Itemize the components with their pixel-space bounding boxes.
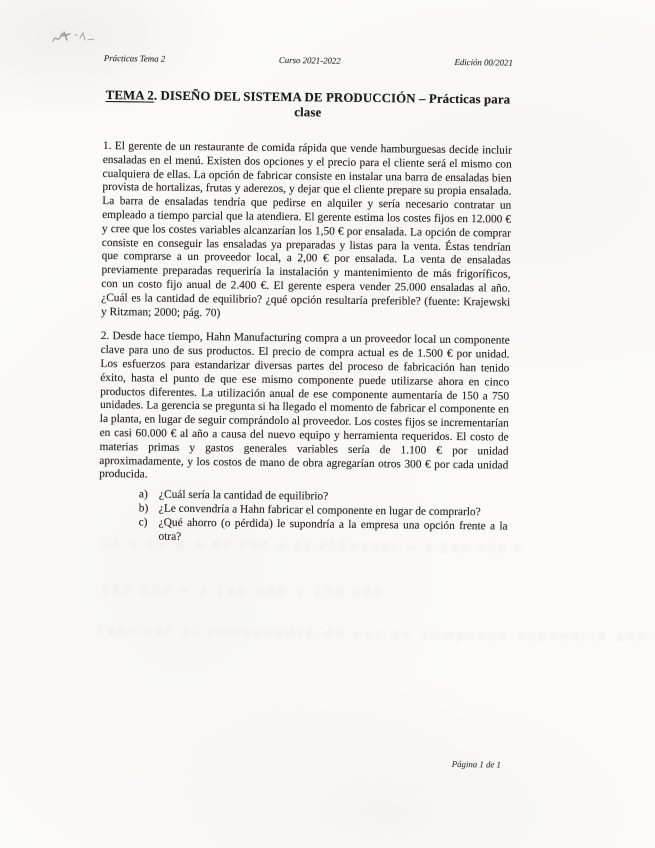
exercise-2-paragraph: 2. Desde hace tiempo, Hahn Manufacturing… — [99, 330, 510, 486]
question-text: ¿Qué ahorro (o pérdida) le supondría a l… — [158, 516, 507, 548]
question-marker: a) — [139, 489, 159, 503]
header-academic-year: Curso 2021-2022 — [279, 55, 341, 66]
page-header: Prácticas Tema 2 Curso 2021-2022 Edición… — [104, 53, 513, 68]
bleed-through-handwriting-line: Fabricar el componente en vez de comprad… — [97, 624, 655, 645]
bleed-through-handwriting-line: 123.000 + 4.140.000 = 150.000 — [102, 583, 385, 600]
page-content: Prácticas Tema 2 Curso 2021-2022 Edición… — [95, 50, 513, 827]
question-item-c: c) ¿Qué ahorro (o pérdida) le supondría … — [138, 516, 507, 548]
page-title: TEMA 2. DISEÑO DEL SISTEMA DE PRODUCCIÓN… — [103, 88, 512, 123]
header-edition: Edición 00/2021 — [454, 57, 513, 68]
exercise-1-paragraph: 1. El gerente de un restaurante de comid… — [101, 140, 512, 324]
handwritten-pencil-mark — [50, 26, 102, 52]
question-marker: c) — [138, 516, 158, 544]
page-title-rest: . DISEÑO DEL SISTEMA DE PRODUCCIÓN – Prá… — [154, 89, 511, 120]
exercise-2-question-list: a) ¿Cuál sería la cantidad de equilibrio… — [138, 489, 508, 548]
page-title-topic: TEMA 2 — [106, 88, 154, 103]
page-number-footer: Página 1 de 1 — [452, 759, 501, 770]
question-marker: b) — [139, 502, 159, 516]
header-course-practice-label: Prácticas Tema 2 — [104, 53, 165, 64]
scanned-document-page: Prácticas Tema 2 Curso 2021-2022 Edición… — [0, 0, 655, 848]
